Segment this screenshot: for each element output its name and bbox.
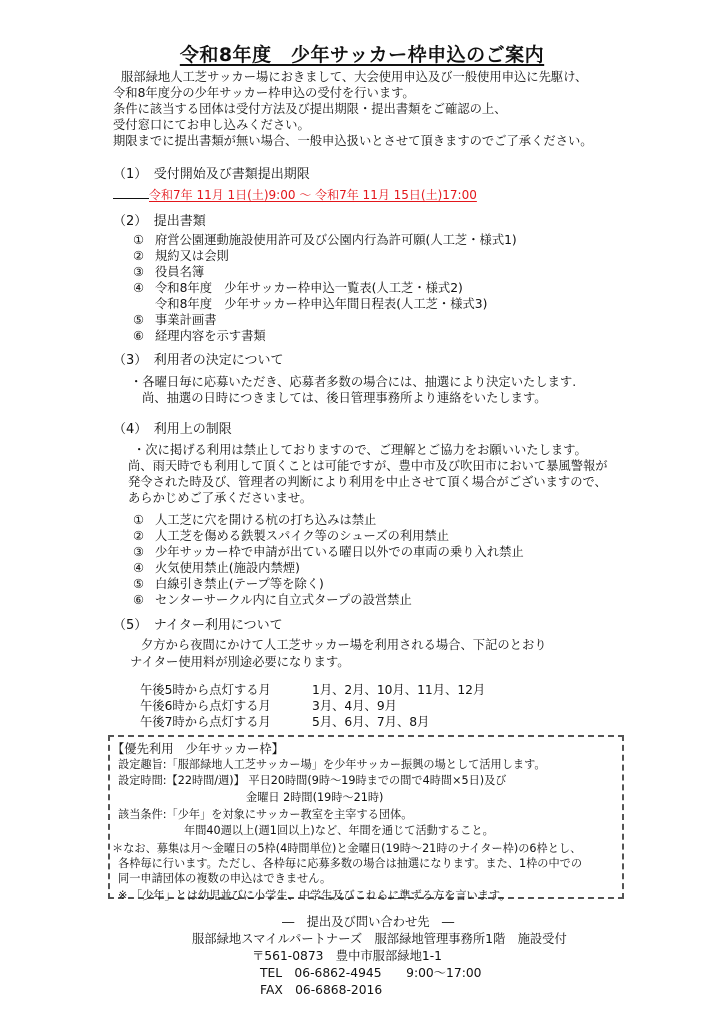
schedule-row: 午後5時から点灯する月1月、2月、10月、11月、12月	[140, 680, 485, 696]
section-2-heading: （2） 提出書類	[113, 210, 206, 229]
section-5-heading: （5） ナイター利用について	[113, 614, 283, 633]
restrictions-list: ①人工芝に穴を開ける杭の打ち込みは禁止 ②人工芝を傷める鉄製スパイク等のシューズ…	[133, 512, 524, 608]
list-item: ⑥センターサークル内に自立式タープの設営禁止	[133, 592, 524, 608]
section-4-line: ・次に掲げる利用は禁止しておりますので、ご理解とご協力をお願いいたします。	[133, 442, 587, 458]
section-4-line: 尚、雨天時でも利用して頂くことは可能ですが、豊中市及び吹田市において暴風警報が	[128, 458, 608, 474]
contact-organization: 服部緑地スマイルパートナーズ 服部緑地管理事務所1階 施設受付	[192, 929, 567, 947]
list-item: ④火気使用禁止(施設内禁煙)	[133, 560, 524, 576]
section-3-heading: （3） 利用者の決定について	[113, 349, 284, 368]
list-item: ⑥経理内容を示す書類	[133, 328, 517, 344]
section-4-heading: （4） 利用上の制限	[113, 418, 232, 437]
schedule-row: 午後6時から点灯する月3月、4月、9月	[140, 696, 485, 712]
contact-tel: TEL 06-6862-4945 9:00～17:00	[260, 963, 481, 981]
documents-list: ①府営公園運動施設使用許可及び公園内行為許可願(人工芝・様式1) ②規約又は会則…	[133, 232, 517, 344]
list-item: ②人工芝を傷める鉄製スパイク等のシューズの利用禁止	[133, 528, 524, 544]
schedule-row: 午後7時から点灯する月5月、6月、7月、8月	[140, 712, 485, 728]
section-1-heading: （1） 受付開始及び書類提出期限	[113, 163, 310, 182]
section-4-line: 発令された時及び、管理者の判断により利用を中止させて頂く場合がございますので、	[128, 474, 607, 490]
lighting-schedule: 午後5時から点灯する月1月、2月、10月、11月、12月 午後6時から点灯する月…	[140, 680, 485, 728]
box-time: 設定時間:【22時間/週)】 平日20時間(9時～19時までの間で4時間×5日)…	[118, 772, 507, 788]
box-note: ＊なお、募集は月～金曜日の5枠(4時間単位)と金曜日(19時～21時のナイター枠…	[112, 840, 581, 856]
page-title: 令和8年度 少年サッカー枠申込のご案内	[0, 40, 724, 67]
section-3-line: 尚、抽選の日時につきましては、後日管理事務所より連絡をいたします。	[142, 390, 547, 406]
box-heading: 【優先利用 少年サッカー枠】	[112, 739, 284, 757]
list-item: ③少年サッカー枠で申請が出ている曜日以外での車両の乗り入れ禁止	[133, 544, 524, 560]
box-note: 同一申請団体の複数の申込はできません。	[118, 870, 331, 886]
list-item: ③役員名簿	[133, 264, 517, 280]
box-condition: 該当条件:「少年」を対象にサッカー教室を主宰する団体。	[118, 806, 412, 822]
list-item: ②規約又は会則	[133, 248, 517, 264]
box-note: 各枠毎に行います。ただし、各枠毎に応募多数の場合は抽選になります。また、1枠の中…	[118, 855, 582, 871]
section-5-line: ナイター使用料が別途必要になります。	[130, 654, 350, 670]
intro-paragraph: 服部緑地人工芝サッカー場におきまして、大会使用申込及び一般使用申込に先駆け、 令…	[113, 69, 593, 149]
contact-address: 〒561-0873 豊中市服部緑地1-1	[252, 946, 442, 964]
underline-blank	[113, 187, 149, 199]
box-condition-detail: 年間40週以上(週1回以上)など、年間を通じて活動すること。	[184, 822, 494, 838]
period-text: 令和7年 11月 1日(土)9:00 ～ 令和7年 11月 15日(土)17:0…	[149, 188, 477, 202]
list-item: ⑤白線引き禁止(テープ等を除く)	[133, 576, 524, 592]
priority-use-box: 【優先利用 少年サッカー枠】 設定趣旨:「服部緑地人工芝サッカー場」を少年サッカ…	[108, 735, 624, 899]
box-definition: ※ 「少年」とは幼児並びに小学生、中学生及びこれらに準ずる方を言います。	[118, 887, 510, 903]
list-item: ①府営公園運動施設使用許可及び公園内行為許可願(人工芝・様式1)	[133, 232, 517, 248]
box-purpose: 設定趣旨:「服部緑地人工芝サッカー場」を少年サッカー振興の場として活用します。	[118, 756, 546, 772]
list-item: ⑤事業計画書	[133, 312, 517, 328]
section-5-line: 夕方から夜間にかけて人工芝サッカー場を利用される場合、下記のとおり	[141, 637, 547, 653]
contact-fax: FAX 06-6868-2016	[260, 980, 382, 998]
list-item: ①人工芝に穴を開ける杭の打ち込みは禁止	[133, 512, 524, 528]
application-period: 令和7年 11月 1日(土)9:00 ～ 令和7年 11月 15日(土)17:0…	[113, 186, 477, 203]
contact-heading: ― 提出及び問い合わせ先 ―	[282, 912, 454, 930]
section-3-line: ・各曜日毎に応募いただき、応募者多数の場合には、抽選により決定いたします.	[130, 374, 576, 390]
section-4-line: あらかじめご了承くださいませ。	[128, 490, 312, 506]
list-item: ④令和8年度 少年サッカー枠申込一覧表(人工芝・様式2)	[133, 280, 517, 296]
list-item: 令和8年度 少年サッカー枠申込年間日程表(人工芝・様式3)	[133, 296, 517, 312]
box-time-friday: 金曜日 2時間(19時～21時)	[246, 789, 383, 805]
